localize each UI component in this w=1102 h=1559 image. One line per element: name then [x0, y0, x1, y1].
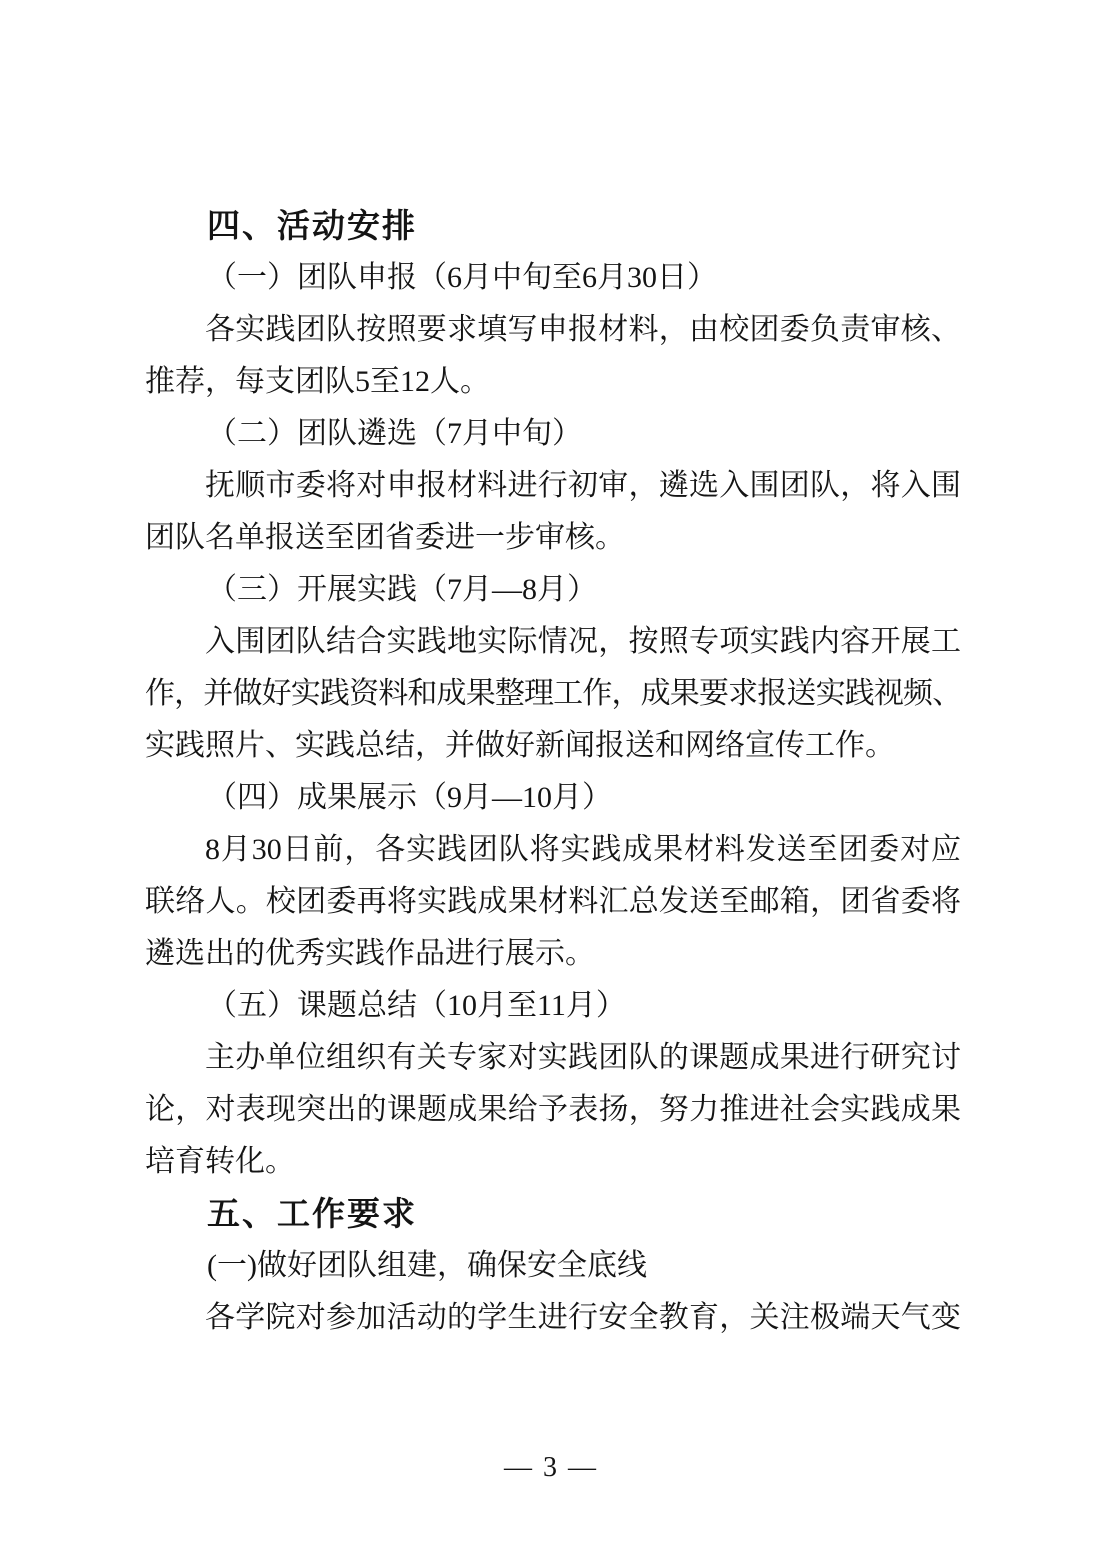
paragraph-line: 培育转化。	[145, 1136, 961, 1188]
paragraph-line: 推荐，每支团队5至12人。	[145, 356, 961, 408]
paragraph-line: 抚顺市委将对申报材料进行初审，遴选入围团队，将入围	[145, 460, 961, 512]
page-number: — 3 —	[0, 1452, 1102, 1484]
document-page: { "document": { "lines": [ {"kind": "hea…	[0, 0, 1102, 1559]
paragraph-line: 遴选出的优秀实践作品进行展示。	[145, 928, 961, 980]
paragraph-line: 论，对表现突出的课题成果给予表扬，努力推进社会实践成果	[145, 1084, 961, 1136]
subsection-heading-team-building: (一)做好团队组建，确保安全底线	[145, 1240, 961, 1292]
subsection-heading-topic-summary: （五）课题总结（10月至11月）	[145, 980, 961, 1032]
section-heading-activity-arrangement: 四、活动安排	[145, 200, 961, 252]
document-body: 四、活动安排 （一）团队申报（6月中旬至6月30日） 各实践团队按照要求填写申报…	[145, 200, 961, 1344]
paragraph-line: 各实践团队按照要求填写申报材料，由校团委负责审核、	[145, 304, 961, 356]
subsection-heading-team-selection: （二）团队遴选（7月中旬）	[145, 408, 961, 460]
section-heading-work-requirements: 五、工作要求	[145, 1188, 961, 1240]
paragraph-line: 实践照片、实践总结，并做好新闻报送和网络宣传工作。	[145, 720, 961, 772]
subsection-heading-practice: （三）开展实践（7月—8月）	[145, 564, 961, 616]
subsection-heading-team-application: （一）团队申报（6月中旬至6月30日）	[145, 252, 961, 304]
paragraph-line: 各学院对参加活动的学生进行安全教育，关注极端天气变	[145, 1292, 961, 1344]
paragraph-line: 团队名单报送至团省委进一步审核。	[145, 512, 961, 564]
paragraph-line: 入围团队结合实践地实际情况，按照专项实践内容开展工	[145, 616, 961, 668]
subsection-heading-results-display: （四）成果展示（9月—10月）	[145, 772, 961, 824]
paragraph-line: 主办单位组织有关专家对实践团队的课题成果进行研究讨	[145, 1032, 961, 1084]
paragraph-line: 作，并做好实践资料和成果整理工作，成果要求报送实践视频、	[145, 668, 961, 720]
paragraph-line: 联络人。校团委再将实践成果材料汇总发送至邮箱，团省委将	[145, 876, 961, 928]
paragraph-line: 8月30日前，各实践团队将实践成果材料发送至团委对应	[145, 824, 961, 876]
